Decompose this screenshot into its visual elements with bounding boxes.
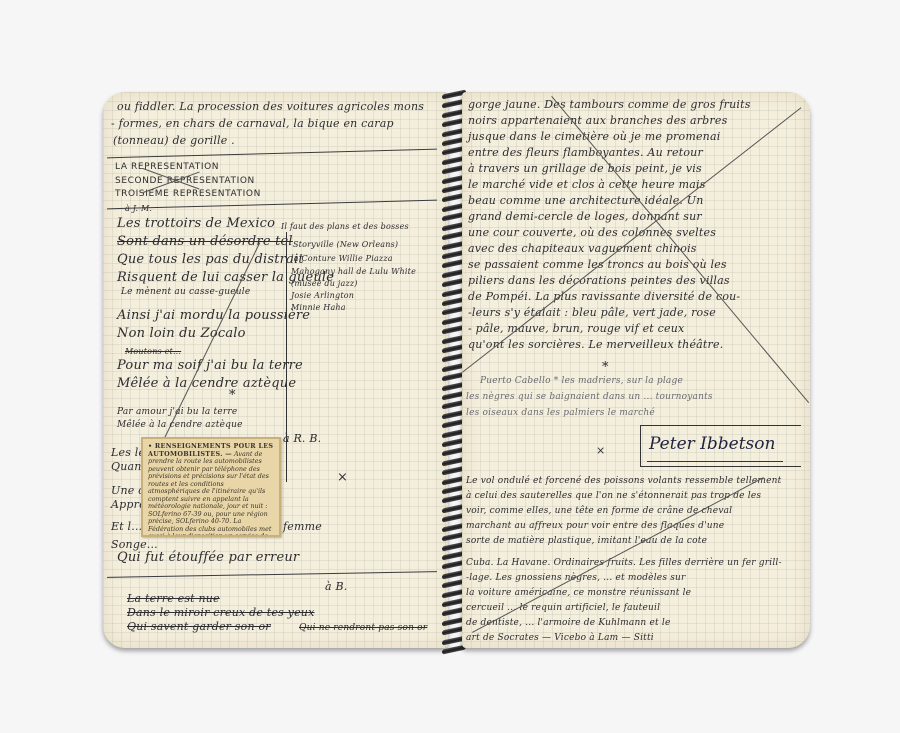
asterisk-mark: * [229,388,236,403]
side-note-item: la Conture Willie Piazza [291,254,393,263]
text-line: les oiseaux dans les palmiers le marché [466,408,655,418]
side-note-item: Storyville (New Orleans) [293,240,398,249]
poem-line: Mêlée à la cendre aztèque [117,376,296,391]
left-page: ou fiddler. La procession des voitures a… [103,92,448,648]
clipping-body: Avant de prendre la route les automobili… [148,450,271,538]
side-note-item: (musée du jazz) [291,279,358,288]
poem-line: Ainsi j'ai mordu la poussière [117,308,310,323]
side-note-item: Mahogany hall de Lulu White [291,267,416,276]
text-line: Le vol ondulé et forcené des poissons vo… [466,476,782,486]
text-line: à travers un grillage de bois peint, je … [468,162,702,175]
divider-line [107,571,437,578]
text-line: gorge jaune. Des tambours comme de gros … [468,98,751,111]
fragment-femme: femme [283,520,322,533]
side-note-heading: Il faut des plans et des bosses [281,222,409,231]
open-notebook: ou fiddler. La procession des voitures a… [0,0,900,733]
text-line: qu'ont les sorcières. Le merveilleux thé… [468,338,723,351]
line-after-clipping: Qui fut étouffée par erreur [117,550,299,565]
title-peter-ibbetson: Peter Ibbetson [649,434,775,454]
text-line: Puerto Cabello * les madriers, sur la pl… [480,376,683,386]
poem-line-struck: Sont dans un désordre tel [117,234,293,249]
text-line: -lage. Les gnossiens nègres, ... et modè… [466,573,686,583]
text-line: de Pompéi. La plus ravissante diversité … [468,290,740,303]
text-line: entre des fleurs flamboyantes. Au retour [468,146,703,159]
text-line: - pâle, mauve, brun, rouge vif et ceux [468,322,684,335]
text-line: avec des chapiteaux vaguement chinois [468,242,697,255]
poem-2-line: Par amour j'ai bu la terre [117,407,237,417]
text-line: noirs appartenaient aux branches des arb… [468,114,727,127]
top-line-2: - formes, en chars de carnaval, la bique… [111,117,394,130]
text-line: les nègres qui se baignaient dans un ...… [466,392,713,402]
text-line: marchant au affreux pour voir entre des … [466,521,724,531]
text-line: sorte de matière plastique, imitant l'ea… [466,536,707,546]
poem-line: Pour ma soif j'ai bu la terre [117,358,303,373]
text-line: la voiture américaine, ce monstre réunis… [466,588,691,598]
poem-3-line: Qui ne rendront pas son or [299,623,427,633]
poem-line: Que tous les pas du distrait [117,252,304,267]
poem-line: Les trottoirs de Mexico [117,216,275,231]
text-line: à celui des sauterelles que l'on ne s'ét… [466,491,761,501]
dedication-jm: à J. M. [125,204,152,213]
text-line: piliers dans les décorations peintes des… [468,274,730,287]
newspaper-clipping: • RENSEIGNEMENTS POUR LES AUTOMOBILISTES… [141,437,281,537]
right-page: gorge jaune. Des tambours comme de gros … [462,92,810,648]
asterisk-mark: * [602,360,609,375]
text-line: -leurs s'y étalait : bleu pâle, vert jad… [468,306,716,319]
poem-line: Non loin du Zocalo [117,326,246,341]
boxed-title: Peter Ibbetson [640,425,801,467]
text-line: beau comme une architecture idéale. Un [468,194,704,207]
side-note-item: Josie Arlington [291,291,354,300]
top-line-3: (tonneau) de gorille . [113,134,235,147]
divider-line [107,200,437,210]
poem-3-line: La terre est nue [127,592,220,605]
text-line: Cuba. La Havane. Ordinaires fruits. Les … [466,558,782,568]
poem-3-line: Dans le miroir creux de tes yeux [127,606,314,619]
heading-representation-1: LA REPRESENTATION [115,162,219,172]
text-line: une cour couverte, où des colonnes svelt… [468,226,716,239]
poem-3-line: Qui savent garder son or [127,620,271,633]
heading-representation-3: TROISIEME REPRESENTATION [115,189,261,199]
x-mark: × [337,470,348,485]
dedication-rb: à R. B. [283,432,321,445]
dedication-b: à B. [325,580,347,593]
divider-line [107,149,437,159]
side-note-item: Minnie Haha [291,303,346,312]
text-line: jusque dans le cimetière où je me promen… [468,130,720,143]
top-line-1: ou fiddler. La procession des voitures a… [117,100,424,113]
text-line: cercueil ... le requin artificiel, le fa… [466,603,660,613]
title-underline [647,461,783,462]
text-line: le marché vide et clos à cette heure mai… [468,178,706,191]
text-line: art de Socrates — Vicebo à Lam — Sitti [466,633,654,643]
poem-line-struck: Moutons et... [125,347,181,356]
poem-line-small: Le mènent au casse-gueule [121,287,250,297]
poem-2-line: Mêlée à la cendre aztèque [117,420,243,430]
x-mark: × [596,444,605,457]
partial-line: Et l... [111,520,142,533]
